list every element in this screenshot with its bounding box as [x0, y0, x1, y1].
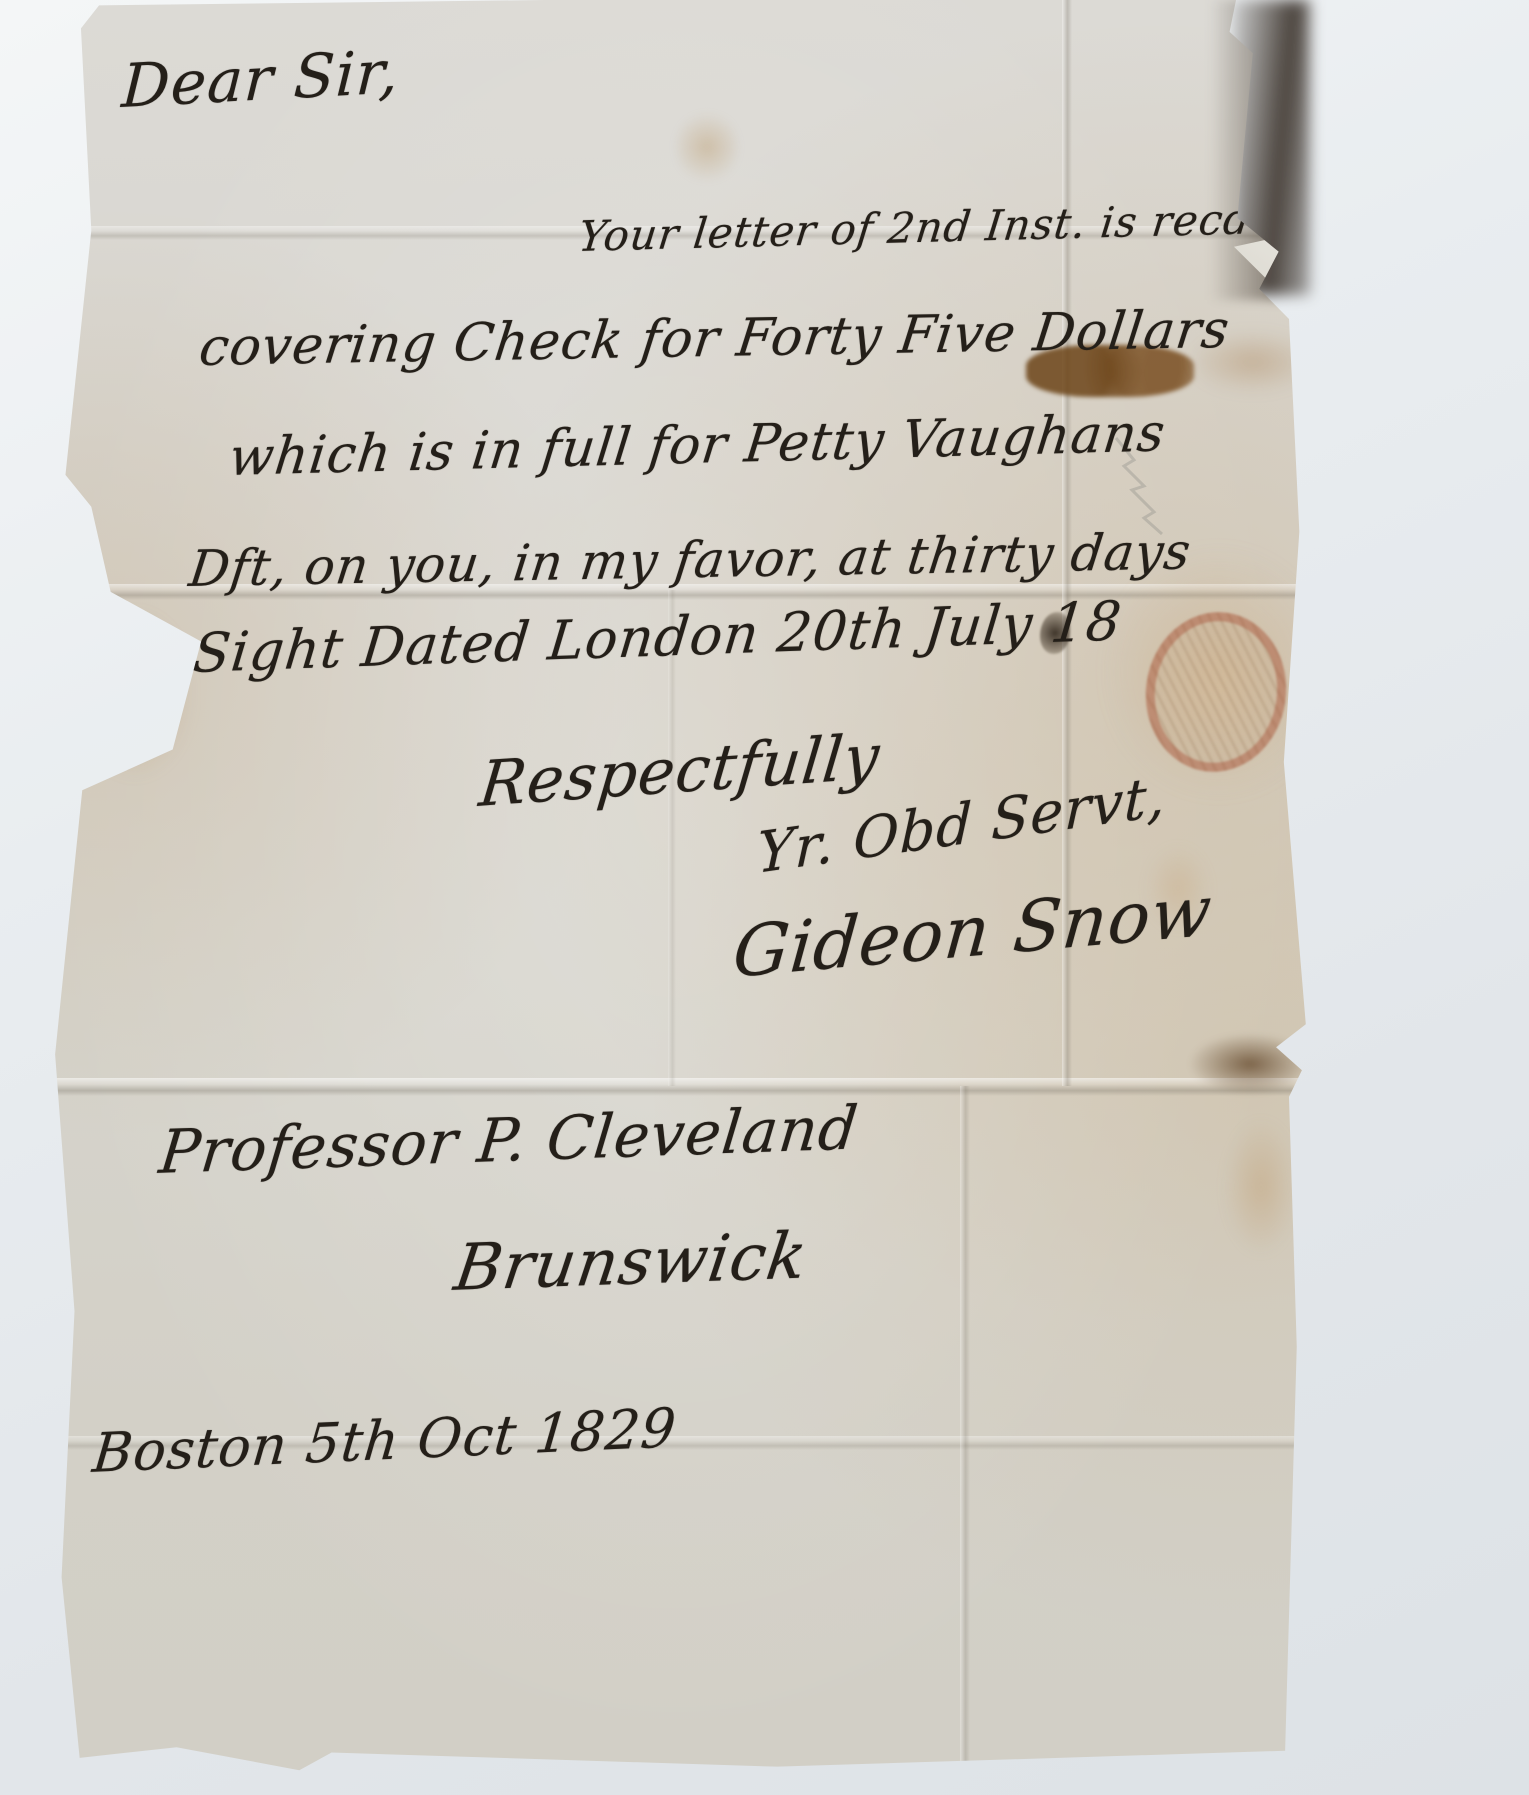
closing: Respectfully: [476, 719, 884, 821]
edge-stain: [1224, 1118, 1298, 1256]
ink-stain: [676, 108, 738, 186]
recipient-city: Brunswick: [450, 1219, 812, 1306]
body-line-5: Sight Dated London 20th July 18: [190, 589, 1125, 685]
letter-paper: Dear Sir, Your letter of 2nd Inst. is re…: [28, 0, 1320, 1772]
salutation: Dear Sir,: [120, 37, 401, 122]
fold-crease-vertical-2: [960, 1086, 970, 1772]
body-line-1: Your letter of 2nd Inst. is recd: [576, 194, 1254, 261]
signature: Gideon Snow: [730, 869, 1216, 994]
body-line-3: which is in full for Petty Vaughans: [226, 403, 1169, 488]
photograph-of-letter: Dear Sir, Your letter of 2nd Inst. is re…: [0, 0, 1529, 1795]
edge-stain: [1186, 1032, 1314, 1096]
dateline: Boston 5th Oct 1829: [90, 1396, 679, 1485]
edge-stain: [76, 608, 194, 780]
recipient-name: Professor P. Cleveland: [156, 1093, 862, 1188]
